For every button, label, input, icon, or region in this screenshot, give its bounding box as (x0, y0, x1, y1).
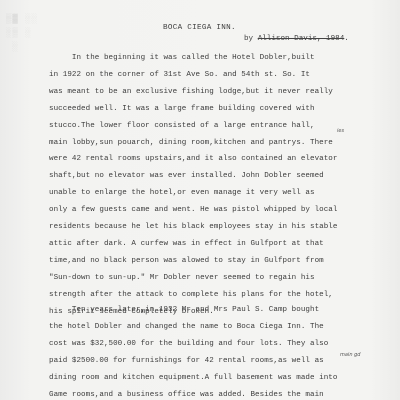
handwritten-annotation: ies (337, 128, 344, 134)
text-line: was meant to be an exclusive fishing lod… (49, 88, 333, 96)
text-line: paid $2500.00 for furnishings for 42 ren… (49, 357, 324, 365)
text-line: stucco.The lower floor consisted of a la… (49, 122, 315, 130)
text-line: Game rooms,and a business office was add… (49, 391, 324, 399)
handwritten-annotation: main gd (340, 352, 360, 358)
text-line: attic after dark. A curfew was in effect… (49, 240, 324, 248)
text-line: In the beginning it was called the Hotel… (49, 54, 315, 62)
text-line: in 1922 on the corner of 31st Ave So. an… (49, 71, 310, 79)
text-line: main lobby,sun pouarch, dining room,kitc… (49, 139, 333, 147)
byline-prefix: by (244, 35, 253, 43)
text-line: only a few guests came and went. He was … (49, 206, 337, 214)
text-line: unable to enlarge the hotel,or even mana… (49, 189, 315, 197)
text-line: Ten years later,in 1932 Mr and Mrs Paul … (49, 306, 319, 314)
text-line: shaft,but no elevator was ever installed… (49, 172, 324, 180)
text-line: the hotel Dobler and changed the name to… (49, 323, 324, 331)
text-line: succeeded well. It was a large frame bui… (49, 105, 315, 113)
bleed-through-marks: ▒▓ ░░░▒ ░ ░ (6, 12, 76, 72)
document-title: BOCA CIEGA INN. (163, 24, 236, 32)
document-page: ▒▓ ░░░▒ ░ ░ BOCA CIEGA INN. by Allison D… (0, 0, 400, 400)
byline: by Allison Davis, 1984. (244, 35, 349, 43)
text-line: dining room and kitchen equipment.A full… (49, 374, 337, 382)
text-line: time,and no black person was alowed to s… (49, 257, 324, 265)
text-line: were 42 rental rooms upstairs,and it als… (49, 155, 337, 163)
text-line: cost was $32,500.00 for the building and… (49, 340, 328, 348)
text-line: residents because he let his black emplo… (49, 223, 337, 231)
byline-suffix: . (344, 35, 349, 43)
text-line: "Sun-down to sun-up." Mr Dobler never se… (49, 274, 315, 282)
byline-author-struck: Allison Davis, 1984 (258, 35, 345, 43)
text-line: strength after the attack to complete hi… (49, 291, 333, 299)
